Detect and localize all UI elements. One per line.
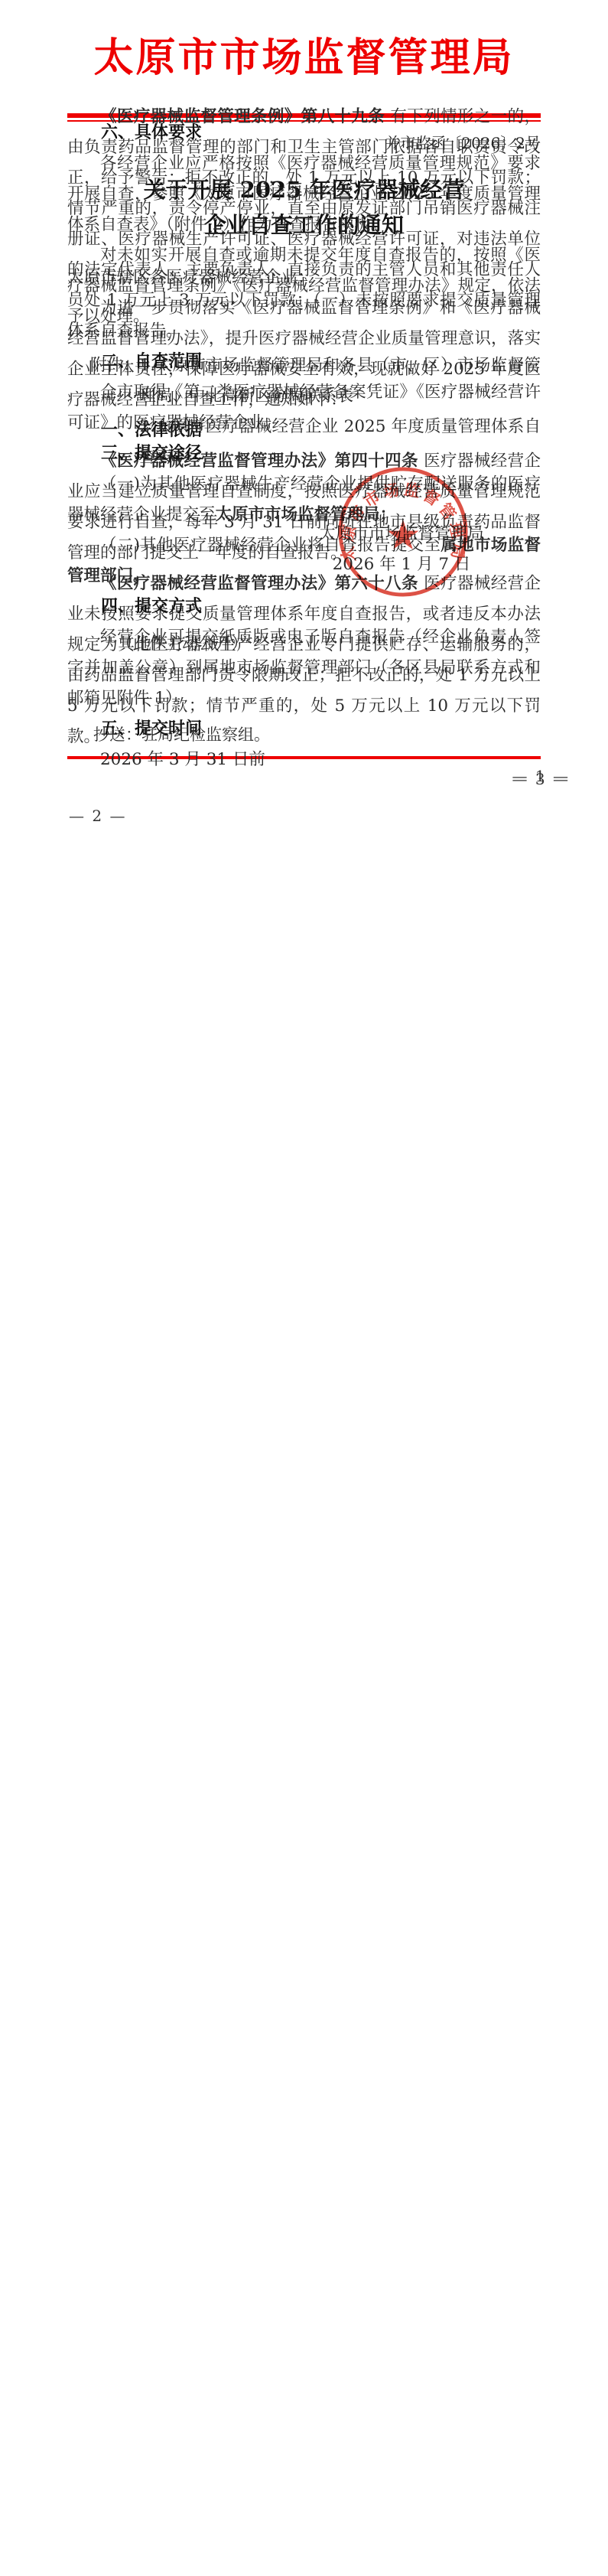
signature-block: 太原市市场监督管理局 2026 年 1 月 7 日 bbox=[315, 519, 488, 580]
attachments-block: 附件： 1.太原市市场监督管理局和各县（市、区）市场监督管理局、中北高新区分局联… bbox=[90, 351, 541, 473]
signature-agency: 太原市市场监督管理局 bbox=[315, 519, 488, 549]
requirements-paragraph-2: 对未如实开展自查或逾期未提交年度自查报告的，按照《医疗器械监督管理条例》《医疗器… bbox=[67, 240, 541, 332]
page-number-3: — 3 — bbox=[512, 770, 570, 788]
cc-line: 抄送：驻局纪检监察组。 bbox=[93, 719, 270, 750]
attachment-item-1: 1.太原市市场监督管理局和各县（市、区）市场监督管理局、中北高新区分局联系表 bbox=[140, 351, 541, 412]
publicity-note: （此件主动公开） bbox=[116, 629, 248, 660]
attachment-item-2: 2.太原市医疗器械经营企业 2025 年度质量管理体系自查表 bbox=[140, 412, 541, 473]
attachments-label: 附件： bbox=[90, 351, 140, 473]
page-3: 六、具体要求 各经营企业应严格按照《医疗器械经营质量管理规范》要求开展自查，参照… bbox=[0, 0, 608, 859]
official-notice-document: 太原市市场监督管理局 并市监函〔2026〕2号 关于开展 2025 年医疗器械经… bbox=[0, 0, 608, 2576]
signature-date: 2026 年 1 月 7 日 bbox=[315, 549, 488, 580]
requirements-paragraph-1: 各经营企业应严格按照《医疗器械经营质量管理规范》要求开展自查，参照《太原市医疗器… bbox=[67, 148, 541, 240]
attachments-list: 1.太原市市场监督管理局和各县（市、区）市场监督管理局、中北高新区分局联系表 2… bbox=[140, 351, 541, 473]
section-heading-requirements: 六、具体要求 bbox=[67, 118, 541, 148]
